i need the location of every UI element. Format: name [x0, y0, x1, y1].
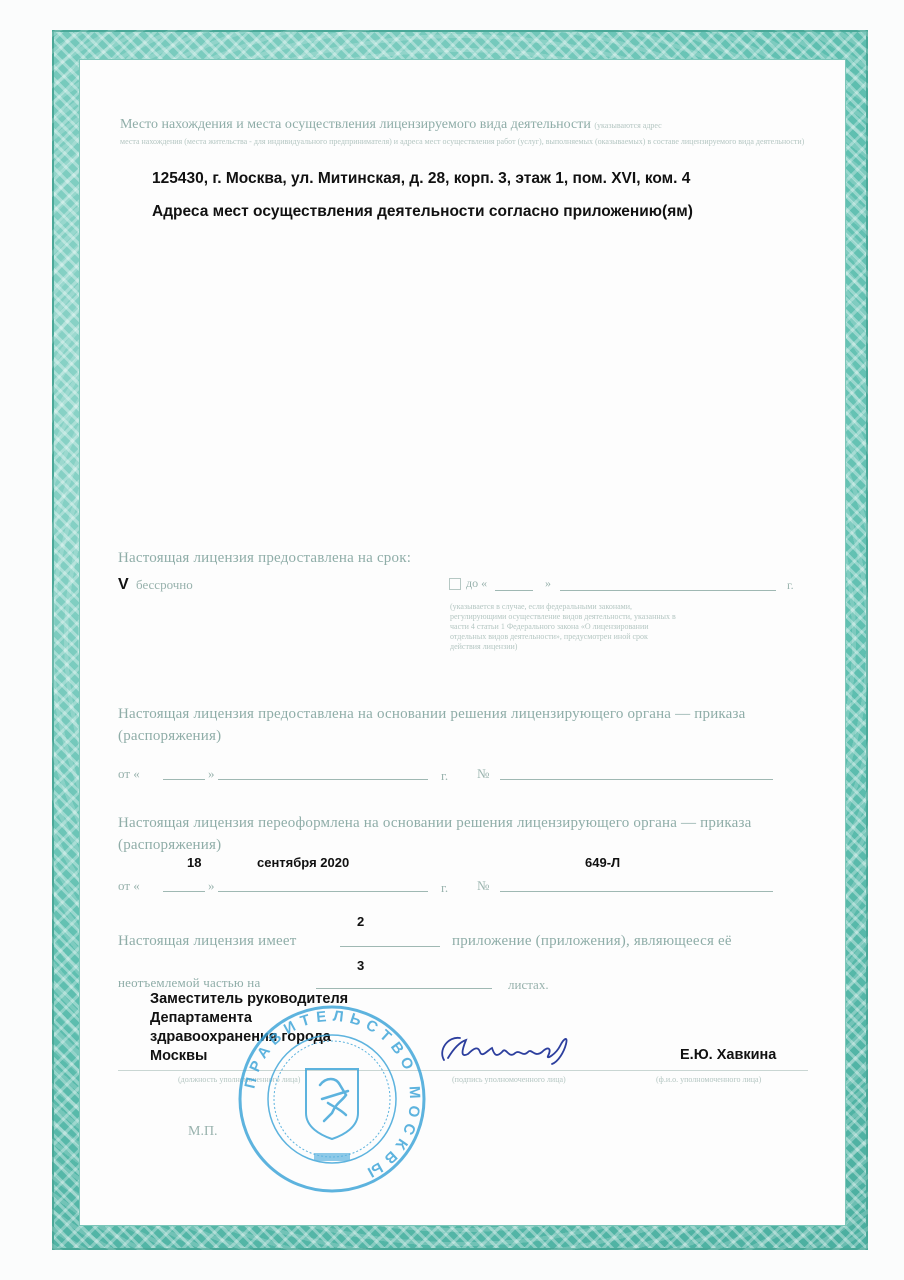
signature: [434, 1030, 604, 1066]
basis-label: Настоящая лицензия предоставлена на осно…: [118, 703, 808, 747]
basis-month-field[interactable]: [218, 779, 428, 780]
signatory-name: Е.Ю. Хавкина: [680, 1047, 776, 1063]
caption-signature: (подпись уполномоченного лица): [452, 1075, 566, 1085]
reissue-number-value: 649-Л: [585, 855, 620, 870]
reissue-close-quote: »: [208, 878, 215, 894]
until-label: до «: [466, 576, 487, 591]
location-heading-note-continued: места нахождения (места жительства - для…: [120, 137, 825, 147]
basis-year-suffix: г.: [441, 768, 448, 784]
reissue-day-field[interactable]: [163, 891, 205, 892]
location-heading: Место нахождения и места осуществления л…: [120, 117, 662, 133]
reissue-month-value: сентября 2020: [257, 855, 349, 870]
term-label: Настоящая лицензия предоставлена на срок…: [118, 550, 411, 567]
reissue-day-value: 18: [187, 855, 201, 870]
annex-prefix: Настоящая лицензия имеет: [118, 933, 297, 950]
sheets-count-value: 3: [357, 958, 364, 973]
perpetual-label: бессрочно: [136, 577, 193, 593]
until-checkbox[interactable]: [449, 578, 461, 590]
until-close-quote: »: [545, 576, 551, 591]
until-year-suffix: г.: [787, 578, 794, 593]
reissue-year-suffix: г.: [441, 880, 448, 896]
location-heading-note: (указываются адрес: [594, 121, 661, 130]
reissue-number-prefix: №: [477, 878, 489, 894]
reissue-number-field[interactable]: [500, 891, 773, 892]
until-month-field[interactable]: [560, 590, 776, 591]
basis-close-quote: »: [208, 766, 215, 782]
official-stamp-icon: ПРАВИТЕЛЬСТВО МОСКВЫ: [236, 1003, 428, 1195]
sheets-suffix: листах.: [508, 977, 549, 993]
seal-label: М.П.: [188, 1124, 218, 1140]
basis-number-field[interactable]: [500, 779, 773, 780]
address-value: 125430, г. Москва, ул. Митинская, д. 28,…: [152, 170, 690, 188]
signature-line: [118, 1070, 808, 1071]
until-day-field[interactable]: [495, 590, 533, 591]
caption-name: (ф.и.о. уполномоченного лица): [656, 1075, 761, 1085]
annex-count-field[interactable]: [340, 946, 440, 947]
annex-suffix: приложение (приложения), являющееся её: [452, 933, 732, 950]
reissue-label: Настоящая лицензия переоформлена на осно…: [118, 812, 808, 856]
location-heading-title: Место нахождения и места осуществления л…: [120, 117, 591, 132]
address-annex-note: Адреса мест осуществления деятельности с…: [152, 203, 693, 221]
perpetual-check-mark[interactable]: V: [118, 576, 129, 594]
basis-from-prefix: от «: [118, 766, 140, 782]
sheets-prefix: неотъемлемой частью на: [118, 975, 260, 991]
basis-number-prefix: №: [477, 766, 489, 782]
reissue-month-field[interactable]: [218, 891, 428, 892]
basis-day-field[interactable]: [163, 779, 205, 780]
sheets-count-field[interactable]: [316, 988, 492, 989]
annex-count-value: 2: [357, 914, 364, 929]
until-note: (указывается в случае, если федеральными…: [450, 602, 680, 652]
reissue-from-prefix: от «: [118, 878, 140, 894]
